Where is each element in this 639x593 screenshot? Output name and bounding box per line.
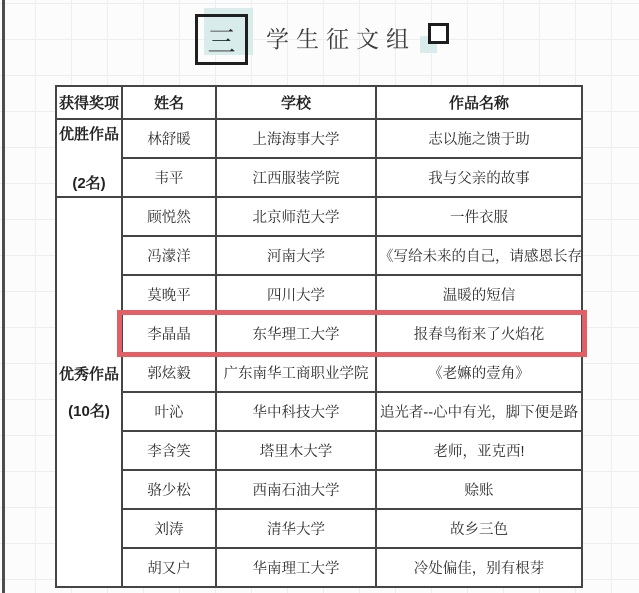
award-group-count: (10名) (68, 400, 110, 421)
table-row: 优秀作品(10名)顾悦然北京师范大学一件衣服 (56, 197, 582, 236)
cell-work: 追光者--心中有光，脚下便是路 (376, 392, 582, 431)
cell-school: 塔里木大学 (216, 431, 376, 470)
cell-school: 华中科技大学 (216, 392, 376, 431)
cell-work: 老师，亚克西! (376, 431, 582, 470)
table-row: 刘涛清华大学故乡三色 (56, 509, 582, 548)
cell-name: 郭炫毅 (122, 353, 216, 392)
cell-work: 《写给未来的自己，请感恩长存》 (376, 236, 582, 275)
cell-school: 上海海事大学 (216, 119, 376, 158)
table-row: 韦平江西服装学院我与父亲的故事 (56, 158, 582, 197)
square-glyph (428, 23, 449, 44)
awards-table-wrap: 获得奖项 姓名 学校 作品名称 优胜作品(2名)林舒暖上海海事大学志以施之馈于助… (55, 85, 581, 588)
table-row: 李含笑塔里木大学老师，亚克西! (56, 431, 582, 470)
cell-school: 江西服装学院 (216, 158, 376, 197)
cell-name: 李含笑 (122, 431, 216, 470)
cell-name: 叶沁 (122, 392, 216, 431)
cell-name: 刘涛 (122, 509, 216, 548)
award-group-cell: 优秀作品(10名) (56, 197, 122, 587)
cell-school: 清华大学 (216, 509, 376, 548)
cell-name: 顾悦然 (122, 197, 216, 236)
cell-school: 广东南华工商职业学院 (216, 353, 376, 392)
col-header-work: 作品名称 (376, 86, 582, 119)
section-number-frame: 三 (195, 14, 248, 65)
cell-work: 志以施之馈于助 (376, 119, 582, 158)
col-header-name: 姓名 (122, 86, 216, 119)
cell-work: 我与父亲的故事 (376, 158, 582, 197)
cell-work: 报春鸟衔来了火焰花 (376, 314, 582, 353)
cell-name: 韦平 (122, 158, 216, 197)
cell-work: 赊账 (376, 470, 582, 509)
cell-name: 骆少松 (122, 470, 216, 509)
cell-name: 李晶晶 (122, 314, 216, 353)
table-row: 叶沁华中科技大学追光者--心中有光，脚下便是路 (56, 392, 582, 431)
section-header: 三 学生征文组 (0, 0, 639, 80)
award-group-label: 优秀作品 (59, 363, 119, 384)
table-row: 李晶晶东华理工大学报春鸟衔来了火焰花 (56, 314, 582, 353)
table-row: 胡又户华南理工大学冷处偏佳，别有根芽 (56, 548, 582, 587)
cell-school: 河南大学 (216, 236, 376, 275)
table-row: 莫晚平四川大学温暖的短信 (56, 275, 582, 314)
awards-table: 获得奖项 姓名 学校 作品名称 优胜作品(2名)林舒暖上海海事大学志以施之馈于助… (55, 85, 583, 588)
col-header-school: 学校 (216, 86, 376, 119)
header-row: 获得奖项 姓名 学校 作品名称 (56, 86, 582, 119)
cell-name: 冯濛洋 (122, 236, 216, 275)
empty-square-icon (419, 22, 451, 55)
cell-school: 华南理工大学 (216, 548, 376, 587)
cell-work: 《老嫲的壹角》 (376, 353, 582, 392)
award-group-count: (2名) (72, 172, 105, 193)
cell-name: 林舒暖 (122, 119, 216, 158)
cell-school: 四川大学 (216, 275, 376, 314)
page-edge-line (2, 0, 5, 593)
cell-work: 温暖的短信 (376, 275, 582, 314)
award-group-label: 优胜作品 (59, 123, 119, 144)
table-row: 冯濛洋河南大学《写给未来的自己，请感恩长存》 (56, 236, 582, 275)
cell-school: 北京师范大学 (216, 197, 376, 236)
table-row: 优胜作品(2名)林舒暖上海海事大学志以施之馈于助 (56, 119, 582, 158)
award-group-cell: 优胜作品(2名) (56, 119, 122, 197)
section-number-box: 三 (195, 7, 255, 65)
table-row: 郭炫毅广东南华工商职业学院《老嫲的壹角》 (56, 353, 582, 392)
table-row: 骆少松西南石油大学赊账 (56, 470, 582, 509)
cell-name: 莫晚平 (122, 275, 216, 314)
cell-work: 一件衣服 (376, 197, 582, 236)
cell-work: 冷处偏佳，别有根芽 (376, 548, 582, 587)
cell-name: 胡又户 (122, 548, 216, 587)
page-title: 学生征文组 (266, 21, 416, 54)
cell-school: 西南石油大学 (216, 470, 376, 509)
cell-work: 故乡三色 (376, 509, 582, 548)
cell-school: 东华理工大学 (216, 314, 376, 353)
section-number: 三 (207, 20, 235, 60)
col-header-award: 获得奖项 (56, 86, 122, 119)
